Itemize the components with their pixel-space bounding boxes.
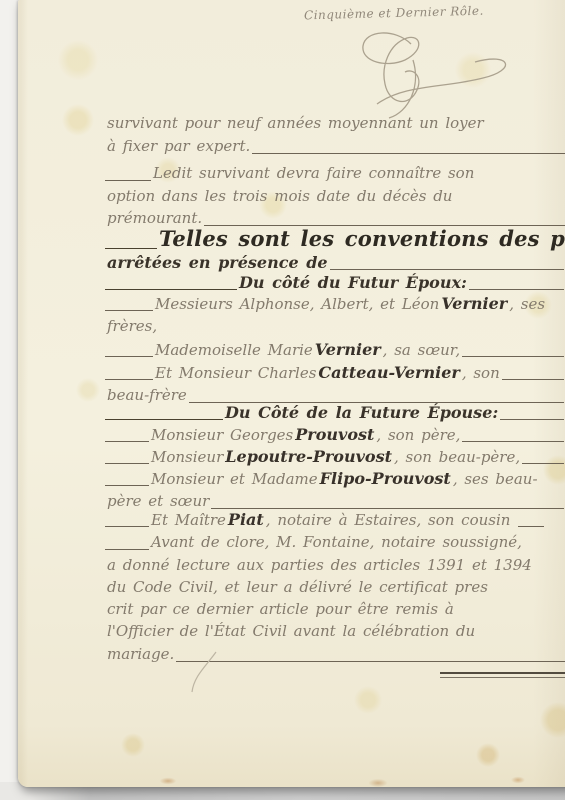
- line-text: , notaire à Estaires, son cousin: [264, 511, 513, 529]
- trailing-rule: [176, 661, 565, 662]
- line-text: mariage.: [105, 645, 176, 663]
- emphasized-name: Catteau-Vernier: [318, 363, 459, 382]
- emphasized-name: Piat: [228, 510, 264, 529]
- trailing-rule: [462, 356, 564, 357]
- pencil-mark: [186, 650, 226, 696]
- manuscript-line: survivant pour neuf années moyennant un …: [105, 114, 565, 135]
- manuscript-line: Monsieur Lepoutre-Prouvost , son beau-pè…: [105, 447, 565, 468]
- line-text: , son père,: [374, 426, 462, 444]
- manuscript-line: du Code Civil, et leur a délivré le cert…: [105, 578, 565, 599]
- pen-flourish-drawing: [325, 26, 535, 121]
- trailing-rule: [462, 441, 564, 442]
- rule-segment: [105, 485, 149, 486]
- rule-segment: [105, 379, 153, 380]
- manuscript-line: a donné lecture aux parties des articles…: [105, 556, 565, 577]
- trailing-rule: [469, 289, 564, 290]
- manuscript-line: frères,: [105, 317, 565, 338]
- manuscript-line: Du Côté de la Future Épouse:: [105, 403, 565, 424]
- line-text: Ledit survivant devra faire connaître so…: [151, 164, 476, 182]
- line-text: père et sœur: [105, 492, 211, 510]
- rule-segment: [105, 526, 149, 527]
- line-text: survivant pour neuf années moyennant un …: [105, 114, 486, 132]
- rule-segment: [105, 356, 153, 357]
- line-text: Avant de clore, M. Fontaine, notaire sou…: [149, 533, 524, 551]
- trailing-rule: [522, 463, 564, 464]
- line-text: crit par ce dernier article pour être re…: [105, 600, 456, 618]
- emphasized-name: Vernier: [441, 294, 507, 313]
- manuscript-line: Du côté du Futur Époux:: [105, 273, 565, 294]
- line-text: Et Maître: [149, 511, 228, 529]
- manuscript-line: Telles sont les conventions des parties: [105, 226, 565, 253]
- trailing-rule: [500, 419, 564, 420]
- paper-sheet: Cinquième et Dernier Rôle. survivant pou…: [18, 0, 565, 787]
- manuscript-line: arrêtées en présence de: [105, 253, 565, 274]
- rule-segment: [105, 441, 149, 442]
- line-text: Messieurs Alphonse, Albert, et Léon: [153, 295, 441, 313]
- emphasized-name: Prouvost: [295, 425, 374, 444]
- line-text: option dans les trois mois date du décès…: [105, 187, 454, 205]
- line-text: l'Officier de l'État Civil avant la célé…: [105, 622, 477, 640]
- line-text: a donné lecture aux parties des articles…: [105, 556, 534, 574]
- manuscript-line: Messieurs Alphonse, Albert, et Léon Vern…: [105, 294, 565, 315]
- rule-segment: [105, 549, 149, 550]
- line-text: Monsieur Georges: [149, 426, 295, 444]
- manuscript-line: Et Maître Piat , notaire à Estaires, son…: [105, 510, 565, 531]
- manuscript-line: Ledit survivant devra faire connaître so…: [105, 164, 565, 185]
- manuscript-line: Et Monsieur Charles Catteau-Vernier , so…: [105, 363, 565, 384]
- manuscript-line: mariage.: [105, 645, 565, 666]
- line-text: Et Monsieur Charles: [153, 364, 318, 382]
- line-text: du Code Civil, et leur a délivré le cert…: [105, 578, 490, 596]
- manuscript-line: option dans les trois mois date du décès…: [105, 187, 565, 208]
- line-text: , son beau-père,: [392, 448, 522, 466]
- rule-segment: [105, 180, 151, 181]
- scanned-page: Cinquième et Dernier Rôle. survivant pou…: [0, 0, 565, 800]
- trailing-rule: [518, 526, 544, 527]
- emphasized-name: Vernier: [315, 340, 381, 359]
- line-text: Monsieur et Madame: [149, 470, 320, 488]
- line-text: Mademoiselle Marie: [153, 341, 315, 359]
- section-title: Du Côté de la Future Épouse:: [223, 403, 500, 422]
- rule-segment: [105, 248, 157, 249]
- manuscript-line: à fixer par expert.: [105, 137, 565, 158]
- section-title: arrêtées en présence de: [105, 253, 330, 272]
- line-text: à fixer par expert.: [105, 137, 252, 155]
- line-text: beau-frère: [105, 386, 189, 404]
- rule-segment: [105, 310, 153, 311]
- rule-segment: [105, 289, 237, 290]
- margin-rule: [440, 672, 565, 678]
- manuscript-line: crit par ce dernier article pour être re…: [105, 600, 565, 621]
- line-text: Monsieur: [149, 448, 225, 466]
- manuscript-line: Avant de clore, M. Fontaine, notaire sou…: [105, 533, 565, 554]
- page-label-note: Cinquième et Dernier Rôle.: [304, 4, 484, 23]
- trailing-rule: [330, 269, 564, 270]
- line-text: prémourant.: [105, 209, 204, 227]
- manuscript-line: Mademoiselle Marie Vernier , sa sœur,: [105, 340, 565, 361]
- manuscript-line: Monsieur Georges Prouvost , son père,: [105, 425, 565, 446]
- trailing-rule: [211, 508, 564, 509]
- line-text: , ses: [507, 295, 547, 313]
- manuscript-line: l'Officier de l'État Civil avant la célé…: [105, 622, 565, 643]
- trailing-rule: [502, 379, 564, 380]
- line-text: frères,: [105, 317, 159, 335]
- trailing-rule: [252, 153, 565, 154]
- manuscript-line: Monsieur et Madame Flipo-Prouvost , ses …: [105, 469, 565, 490]
- emphasized-name: Lepoutre-Prouvost: [225, 447, 392, 466]
- emphasized-name: Flipo-Prouvost: [320, 469, 451, 488]
- line-text: , sa sœur,: [381, 341, 462, 359]
- rule-segment: [105, 463, 149, 464]
- section-title: Du côté du Futur Époux:: [237, 273, 469, 292]
- line-text: , son: [460, 364, 502, 382]
- rule-segment: [105, 419, 223, 420]
- document-heading: Telles sont les conventions des parties: [157, 226, 565, 251]
- line-text: , ses beau-: [451, 470, 540, 488]
